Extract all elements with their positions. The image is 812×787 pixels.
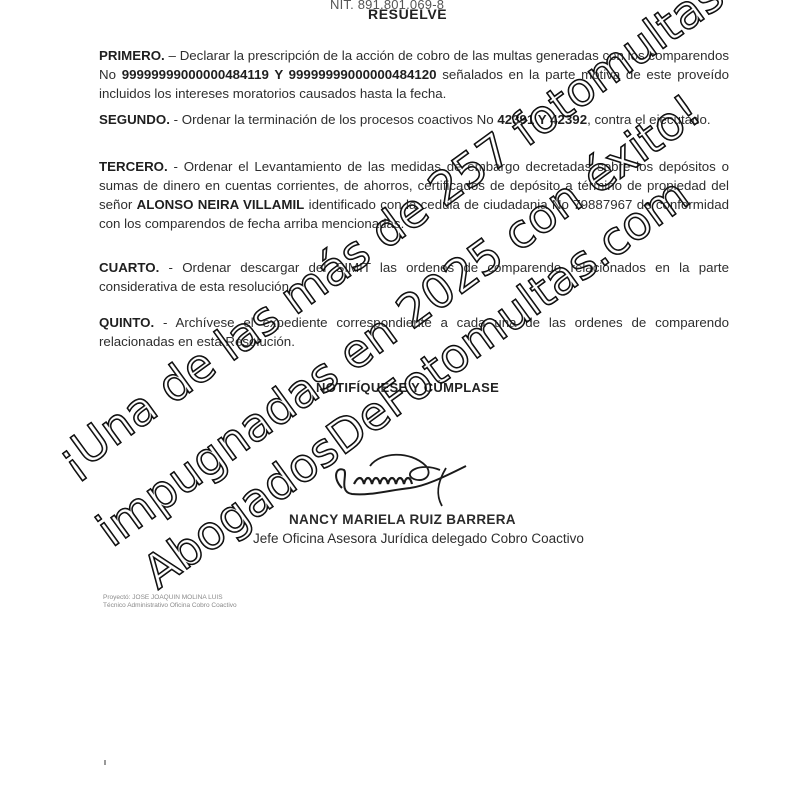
article-label: QUINTO. xyxy=(99,315,154,330)
article-cuarto: CUARTO. - Ordenar descargar del SIMIT la… xyxy=(99,258,729,296)
article-emphasis: ALONSO NEIRA VILLAMIL xyxy=(137,197,305,212)
article-text: Archívese el expediente correspondiente … xyxy=(99,315,729,349)
closing-statement: NOTIFÍQUESE Y CÚMPLASE xyxy=(316,380,499,395)
article-label: TERCERO. xyxy=(99,159,168,174)
article-label: SEGUNDO. xyxy=(99,112,170,127)
article-quinto: QUINTO. - Archívese el expediente corres… xyxy=(99,313,729,351)
projected-by: Proyectó: JOSE JOAQUIN MOLINA LUIS Técni… xyxy=(103,594,237,610)
article-text: Ordenar la terminación de los procesos c… xyxy=(182,112,498,127)
signatory-name: NANCY MARIELA RUIZ BARRERA xyxy=(289,512,516,527)
signature-icon xyxy=(330,448,470,508)
section-title: RESUELVE xyxy=(368,6,447,22)
document-page: NIT. 891.801.069-8 RESUELVE PRIMERO. – D… xyxy=(0,0,812,787)
scan-mark xyxy=(104,760,106,765)
article-emphasis: 99999999000000484119 Y 99999999000000484… xyxy=(122,67,437,82)
signatory-title: Jefe Oficina Asesora Jurídica delegado C… xyxy=(253,531,584,546)
projected-by-role: Técnico Administrativo Oficina Cobro Coa… xyxy=(103,602,237,610)
article-primero: PRIMERO. – Declarar la prescripción de l… xyxy=(99,46,729,103)
article-text: Ordenar descargar del SIMIT las ordenes … xyxy=(99,260,729,294)
article-segundo: SEGUNDO. - Ordenar la terminación de los… xyxy=(99,110,729,129)
article-tercero: TERCERO. - Ordenar el Levantamiento de l… xyxy=(99,157,729,233)
article-text: , contra el ejecutado. xyxy=(587,112,710,127)
article-emphasis: 42391 Y 42392 xyxy=(497,112,587,127)
article-label: CUARTO. xyxy=(99,260,159,275)
projected-by-name: Proyectó: JOSE JOAQUIN MOLINA LUIS xyxy=(103,594,237,602)
article-label: PRIMERO. xyxy=(99,48,165,63)
